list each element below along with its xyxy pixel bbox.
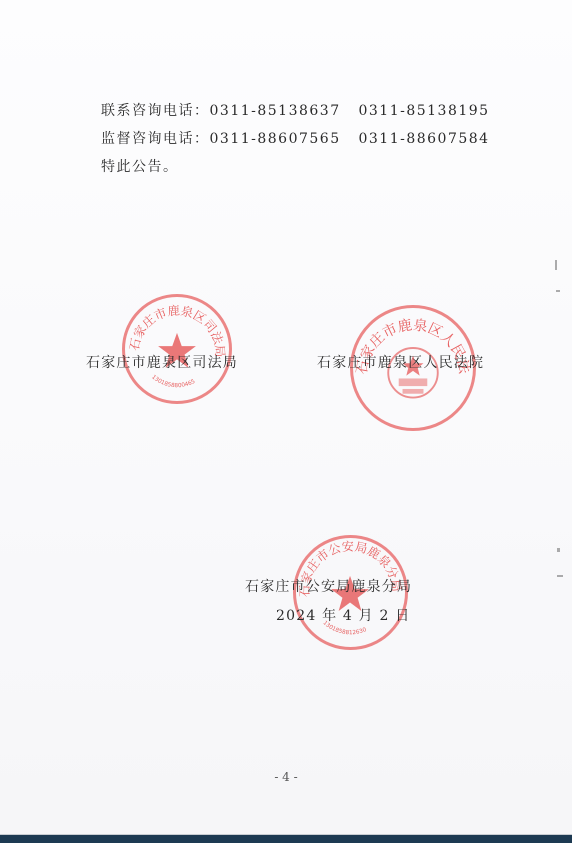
supervision-phone-line: 监督咨询电话：0311-88607565 0311-88607584 — [101, 128, 490, 148]
scan-artifact — [555, 260, 557, 270]
justice-bureau-seal: 石家庄市鹿泉区司法局 1301858800465 — [122, 294, 232, 404]
star-icon: 石家庄市鹿泉区司法局 1301858800465 — [125, 297, 229, 401]
scan-artifact — [556, 290, 560, 292]
justice-bureau-signature: 石家庄市鹿泉区司法局 — [86, 352, 238, 372]
police-signature: 石家庄市公安局鹿泉分局 — [245, 576, 412, 596]
scan-artifact — [557, 548, 560, 552]
viewer-bottom-bar — [0, 834, 572, 843]
closing-statement: 特此公告。 — [101, 156, 179, 176]
scan-artifact — [557, 575, 563, 577]
page-number: - 4 - — [0, 770, 572, 784]
document-page: 联系咨询电话：0311-85138637 0311-85138195 监督咨询电… — [0, 0, 572, 835]
svg-text:1301858800465: 1301858800465 — [150, 374, 196, 389]
issue-date: 2024 年 4 月 2 日 — [276, 605, 411, 625]
court-signature: 石家庄市鹿泉区人民法院 — [317, 352, 484, 372]
contact-phone-line: 联系咨询电话：0311-85138637 0311-85138195 — [101, 100, 490, 120]
